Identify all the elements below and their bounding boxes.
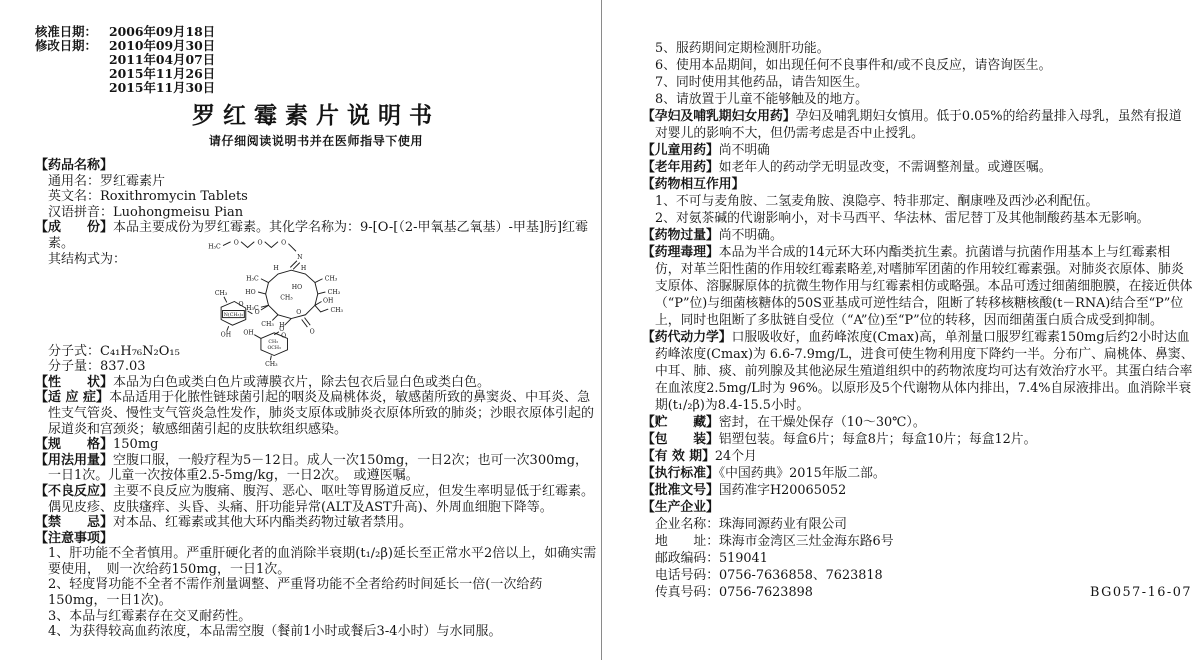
right-column: 5、服药期间定期检测肝功能。 6、使用本品期间，如出现任何不良事件和/或不良反应… — [642, 40, 1194, 601]
leaflet-page: 核准日期：2006年09月18日 修改日期：2010年09月30日 2011年0… — [0, 0, 1200, 660]
section-packaging: 【包 装】铝塑包装。每盒6片；每盒8片；每盒10片；每盒12片。 — [642, 431, 1194, 448]
section-precautions-head: 【注意事项】 — [35, 531, 113, 546]
revision-date-row: 2015年11月30日 — [35, 81, 597, 95]
molecular-formula-value: C₄₁H₇₆N₂O₁₅ — [100, 344, 180, 359]
molecular-weight-value: 837.03 — [100, 359, 146, 374]
storage-text: 密封，在干燥处保存（10～30℃）。 — [719, 415, 926, 430]
approval-number-text: 国药准字H20065052 — [719, 483, 846, 498]
section-indications: 【适 应 症】本品适用于化脓性链球菌引起的咽炎及扁桃体炎，敏感菌所致的鼻窦炎、中… — [35, 390, 597, 437]
chemical-structure-figure: H₃C O O O N H H CH₃ CH₃ OH H₃C HO H₃C HO… — [205, 236, 423, 367]
structure-row: 其结构式为： — [35, 252, 597, 344]
section-properties-head: 【性 状】 — [35, 375, 113, 390]
molecular-weight-label: 分子量： — [48, 359, 100, 374]
manufacturer-address: 地 址：珠海市金湾区三灶金海东路6号 — [642, 533, 1194, 550]
section-interactions-head: 【药物相互作用】 — [642, 177, 744, 192]
atom-label: CH₃ — [268, 339, 278, 345]
revision-date-value: 2010年09月30日 — [109, 38, 215, 53]
approval-date-row: 核准日期：2006年09月18日 — [35, 25, 597, 39]
precaution-item: 5、服药期间定期检测肝功能。 — [642, 40, 1194, 57]
atom-label: CH₃ — [330, 306, 343, 313]
atom-label: H — [301, 265, 307, 272]
section-standard-head: 【执行标准】 — [642, 466, 719, 481]
atom-label: H₃C — [246, 275, 259, 282]
overdose-text: 尚不明确。 — [719, 228, 783, 243]
left-column: 核准日期：2006年09月18日 修改日期：2010年09月30日 2011年0… — [35, 25, 597, 640]
revision-date-row: 修改日期：2010年09月30日 — [35, 39, 597, 53]
section-packaging-head: 【包 装】 — [642, 432, 719, 447]
atom-label: CH₃ — [328, 288, 341, 295]
atom-label: O — [234, 239, 239, 246]
children-text: 尚不明确 — [719, 143, 770, 158]
atom-label: CH₃ — [325, 275, 338, 282]
contraindications-text: 对本品、红霉素或其他大环内酯类药物过敏者禁用。 — [113, 515, 412, 530]
section-storage-head: 【贮 藏】 — [642, 415, 719, 430]
molecular-formula-label: 分子式： — [48, 344, 100, 359]
precaution-item: 1、肝功能不全者慎用。严重肝硬化者的血消除半衰期(t₁/₂β)延长至正常水平2倍… — [35, 546, 597, 577]
section-contraindications-head: 【禁 忌】 — [35, 515, 113, 530]
dates-block: 核准日期：2006年09月18日 修改日期：2010年09月30日 2011年0… — [35, 25, 597, 95]
revision-date-label: 修改日期： — [35, 39, 109, 53]
pharmacokinetics-text: 口服吸收好，血药峰浓度(Cmax)高，单剂量口服罗红霉素150mg后约2小时达血… — [655, 330, 1194, 413]
atom-label: H — [273, 265, 279, 272]
section-overdose-head: 【药物过量】 — [642, 228, 719, 243]
revision-date-value: 2015年11月30日 — [109, 80, 215, 95]
section-pharmacokinetics-head: 【药代动力学】 — [642, 330, 732, 345]
drug-generic-name: 通用名：罗红霉素片 — [35, 174, 597, 190]
atom-label: CH₃ — [280, 294, 293, 301]
atom-label: N(CH₃)₂ — [224, 311, 243, 318]
section-pregnancy: 【孕妇及哺乳期妇女用药】孕妇及哺乳期妇女慎用。低于0.05%的给药量排入母乳，虽… — [642, 108, 1194, 142]
properties-text: 本品为白色或类白色片或薄膜衣片，除去包衣后显白色或类白色。 — [113, 375, 490, 390]
strength-text: 150mg — [113, 437, 158, 452]
atom-label: OH — [243, 329, 254, 336]
drug-pinyin-name: 汉语拼音：Luohongmeisu Pian — [35, 205, 597, 221]
approval-date-label: 核准日期： — [35, 25, 109, 39]
atom-label: CH₃ — [265, 361, 278, 368]
section-children-head: 【儿童用药】 — [642, 143, 719, 158]
atom-label: OCH₃ — [267, 344, 281, 350]
section-contraindications: 【禁 忌】对本品、红霉素或其他大环内酯类药物过敏者禁用。 — [35, 515, 597, 531]
section-dosage: 【用法用量】空腹口服，一般疗程为5－12日。成人一次150mg，一日2次；也可一… — [35, 453, 597, 484]
atom-label: O — [257, 239, 262, 246]
section-properties: 【性 状】本品为白色或类白色片或薄膜衣片，除去包衣后显白色或类白色。 — [35, 375, 597, 391]
section-storage: 【贮 藏】密封，在干燥处保存（10～30℃）。 — [642, 414, 1194, 431]
manufacturer-phone: 电话号码：0756-7636858、7623818 — [642, 567, 1194, 584]
atom-label: N — [297, 253, 303, 260]
section-manufacturer: 【生产企业】 — [642, 499, 1194, 516]
manufacturer-name: 企业名称：珠海同源药业有限公司 — [642, 516, 1194, 533]
precaution-item: 4、为获得较高血药浓度，本品需空腹（餐前1小时或餐后3-4小时）与水同服。 — [35, 624, 597, 640]
atom-label: O — [281, 332, 286, 339]
dosage-text: 空腹口服，一般疗程为5－12日。成人一次150mg，一日2次；也可一次300mg… — [48, 453, 588, 484]
section-pregnancy-head: 【孕妇及哺乳期妇女用药】 — [642, 109, 796, 124]
precaution-item: 6、使用本品期间，如出现任何不良事件和/或不良反应，请咨询医生。 — [642, 57, 1194, 74]
column-divider — [601, 0, 602, 660]
section-elderly: 【老年用药】如老年人的药动学无明显改变，不需调整剂量。或遵医嘱。 — [642, 159, 1194, 176]
precaution-item: 7、同时使用其他药品，请告知医生。 — [642, 74, 1194, 91]
section-precautions: 【注意事项】 — [35, 531, 597, 547]
precaution-item: 3、本品与红霉素存在交叉耐药性。 — [35, 609, 597, 625]
interaction-item: 1、不可与麦角胺、二氢麦角胺、溴隐亭、特非那定、酮康唑及西沙必利配伍。 — [642, 193, 1194, 210]
section-strength: 【规 格】150mg — [35, 437, 597, 453]
section-strength-head: 【规 格】 — [35, 437, 113, 452]
revision-date-value: 2015年11月26日 — [109, 66, 215, 81]
revision-date-row: 2011年04月07日 — [35, 53, 597, 67]
page-subtitle: 请仔细阅读说明书并在医师指导下使用 — [35, 133, 597, 149]
interaction-item: 2、对氨茶碱的代谢影响小，对卡马西平、华法林、雷尼替丁及其他制酸药基本无影响。 — [642, 210, 1194, 227]
section-adverse-reactions: 【不良反应】主要不良反应为腹痛、腹泻、恶心、呕吐等胃肠道反应，但发生率明显低于红… — [35, 484, 597, 515]
revision-date-row: 2015年11月26日 — [35, 67, 597, 81]
atom-label: O — [296, 308, 301, 315]
atom-label: HO — [292, 284, 302, 291]
adverse-reactions-text: 主要不良反应为腹痛、腹泻、恶心、呕吐等胃肠道反应，但发生率明显低于红霉素。偶见皮… — [48, 484, 594, 515]
section-pharmacology-head: 【药理毒理】 — [642, 245, 719, 260]
section-adverse-reactions-head: 【不良反应】 — [35, 484, 113, 499]
manufacturer-postcode: 邮政编码：519041 — [642, 550, 1194, 567]
section-pharmacology: 【药理毒理】本品为半合成的14元环大环内酯类抗生素。抗菌谱与抗菌作用基本上与红霉… — [642, 244, 1194, 329]
page-title: 罗红霉素片说明书 — [35, 101, 597, 131]
section-elderly-head: 【老年用药】 — [642, 160, 719, 175]
section-drug-name: 【药品名称】 — [35, 158, 597, 174]
section-drug-name-head: 【药品名称】 — [35, 158, 113, 173]
manufacturer-fax: 传真号码：0756-7623898 — [655, 584, 813, 601]
section-pharmacokinetics: 【药代动力学】口服吸收好，血药峰浓度(Cmax)高，单剂量口服罗红霉素150mg… — [642, 329, 1194, 414]
standard-text: 《中国药典》2015年版二部。 — [719, 466, 886, 481]
drug-english-name: 英文名：Roxithromycin Tablets — [35, 189, 597, 205]
section-children: 【儿童用药】尚不明确 — [642, 142, 1194, 159]
atom-label: O — [255, 308, 260, 315]
section-approval-number-head: 【批准文号】 — [642, 483, 719, 498]
manufacturer-fax-row: 传真号码：0756-7623898BG057-16-07 — [642, 584, 1194, 601]
document-code: BG057-16-07 — [1090, 584, 1194, 601]
section-validity-head: 【有 效 期】 — [642, 449, 715, 464]
atom-label: CH₃ — [261, 321, 274, 328]
atom-label: OH — [221, 331, 232, 338]
revision-date-value: 2011年04月07日 — [109, 52, 215, 67]
elderly-text: 如老年人的药动学无明显改变，不需调整剂量。或遵医嘱。 — [719, 160, 1052, 175]
section-validity: 【有 效 期】24个月 — [642, 448, 1194, 465]
indications-text: 本品适用于化脓性链球菌引起的咽炎及扁桃体炎，敏感菌所致的鼻窦炎、中耳炎、急性支气… — [48, 390, 594, 436]
section-indications-head: 【适 应 症】 — [35, 390, 109, 405]
validity-text: 24个月 — [715, 449, 757, 464]
atom-label: O — [310, 328, 315, 335]
atom-label: OH — [323, 297, 334, 304]
packaging-text: 铝塑包装。每盒6片；每盒8片；每盒10片；每盒12片。 — [719, 432, 1037, 447]
section-dosage-head: 【用法用量】 — [35, 453, 113, 468]
atom-label: HO — [245, 288, 255, 295]
atom-label: H₃C — [208, 243, 221, 250]
pharmacology-text: 本品为半合成的14元环大环内酯类抗生素。抗菌谱与抗菌作用基本上与红霉素相仿，对革… — [655, 245, 1192, 328]
section-overdose: 【药物过量】尚不明确。 — [642, 227, 1194, 244]
approval-date-value: 2006年09月18日 — [109, 24, 215, 39]
section-interactions: 【药物相互作用】 — [642, 176, 1194, 193]
atom-label: O — [281, 239, 286, 246]
section-standard: 【执行标准】《中国药典》2015年版二部。 — [642, 465, 1194, 482]
section-manufacturer-head: 【生产企业】 — [642, 500, 719, 515]
structure-intro-label: 其结构式为： — [48, 252, 126, 268]
atom-label: CH₃ — [215, 289, 228, 296]
section-composition-head: 【成 份】 — [35, 220, 113, 235]
atom-label: O — [238, 301, 243, 308]
section-approval-number: 【批准文号】国药准字H20065052 — [642, 482, 1194, 499]
precaution-item: 2、轻度肾功能不全者不需作剂量调整、严重肾功能不全者给药时间延长一倍(一次给药1… — [35, 577, 597, 608]
precaution-item: 8、请放置于儿童不能够触及的地方。 — [642, 91, 1194, 108]
